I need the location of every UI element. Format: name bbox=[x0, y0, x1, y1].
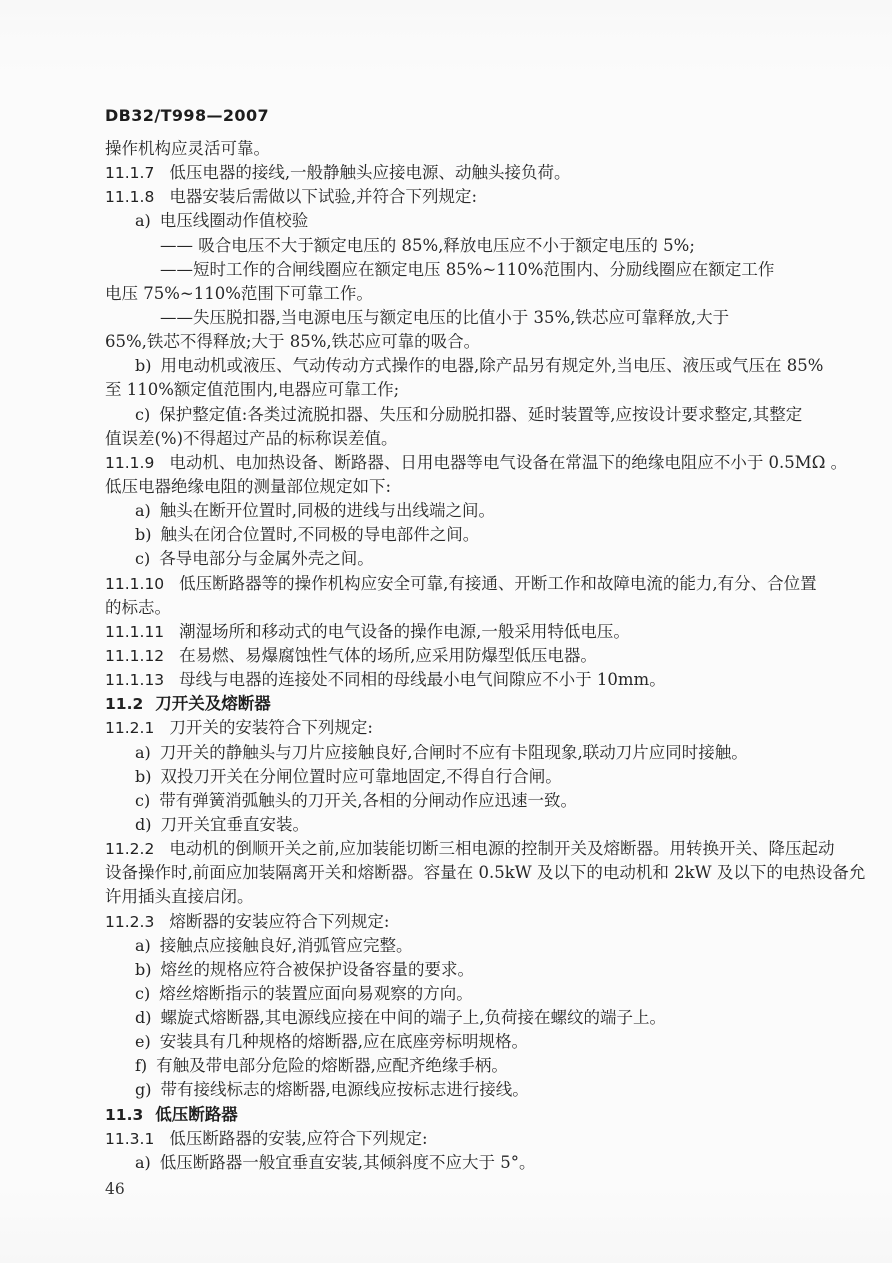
line-text: 的标志。 bbox=[105, 598, 171, 617]
text-line: a)刀开关的静触头与刀片应接触良好,合闸时不应有卡阻现象,联动刀片应同时接触。 bbox=[105, 741, 825, 765]
text-line: f)有触及带电部分危险的熔断器,应配齐绝缘手柄。 bbox=[105, 1054, 825, 1078]
line-text: 在易燃、易爆腐蚀性气体的场所,应采用防爆型低压电器。 bbox=[179, 646, 597, 665]
text-line: 65%,铁芯不得释放;大于 85%,铁芯应可靠的吸合。 bbox=[105, 330, 825, 354]
line-text: 刀开关的安装符合下列规定: bbox=[169, 718, 373, 737]
line-text: 65%,铁芯不得释放;大于 85%,铁芯应可靠的吸合。 bbox=[105, 332, 480, 351]
line-text: 电压线圈动作值校验 bbox=[160, 211, 309, 230]
line-text: 接触点应接触良好,消弧管应完整。 bbox=[160, 936, 413, 955]
line-text: 刀开关及熔断器 bbox=[155, 694, 271, 713]
line-text: 至 110%额定值范围内,电器应可靠工作; bbox=[105, 380, 399, 399]
text-line: 11.2刀开关及熔断器 bbox=[105, 692, 825, 716]
text-line: 11.3.1低压断路器的安装,应符合下列规定: bbox=[105, 1127, 825, 1151]
text-line: g)带有接线标志的熔断器,电源线应按标志进行接线。 bbox=[105, 1078, 825, 1102]
line-text: 设备操作时,前面应加装隔离开关和熔断器。容量在 0.5kW 及以下的电动机和 2… bbox=[105, 863, 865, 882]
text-line: 11.1.7低压电器的接线,一般静触头应接电源、动触头接负荷。 bbox=[105, 161, 825, 185]
text-line: 11.1.12在易燃、易爆腐蚀性气体的场所,应采用防爆型低压电器。 bbox=[105, 644, 825, 668]
line-text: 用电动机或液压、气动传动方式操作的电器,除产品另有规定外,当电压、液压或气压在 … bbox=[160, 356, 823, 375]
line-text: 电动机、电加热设备、断路器、日用电器等电气设备在常温下的绝缘电阻应不小于 0.5… bbox=[169, 453, 847, 472]
line-text: 许用插头直接启闭。 bbox=[105, 887, 254, 906]
text-line: 11.2.3熔断器的安装应符合下列规定: bbox=[105, 910, 825, 934]
clause-number: c) bbox=[135, 984, 150, 1003]
line-text: 低压电器的接线,一般静触头应接电源、动触头接负荷。 bbox=[169, 163, 570, 182]
text-line: c)保护整定值:各类过流脱扣器、失压和分励脱扣器、延时装置等,应按设计要求整定,… bbox=[105, 403, 825, 427]
line-text: —— 吸合电压不大于额定电压的 85%,释放电压应不小于额定电压的 5%; bbox=[160, 236, 695, 255]
text-line: 11.1.9电动机、电加热设备、断路器、日用电器等电气设备在常温下的绝缘电阻应不… bbox=[105, 451, 825, 475]
clause-number: 11.1.7 bbox=[105, 164, 154, 182]
clause-number: g) bbox=[135, 1080, 151, 1099]
line-text: 低压断路器一般宜垂直安装,其倾斜度不应大于 5°。 bbox=[160, 1153, 536, 1172]
clause-number: b) bbox=[135, 525, 151, 544]
line-text: 触头在闭合位置时,不同极的导电部件之间。 bbox=[160, 525, 479, 544]
line-text: 刀开关宜垂直安装。 bbox=[160, 815, 309, 834]
clause-number: c) bbox=[135, 405, 150, 424]
text-line: b)触头在闭合位置时,不同极的导电部件之间。 bbox=[105, 523, 825, 547]
text-line: c)各导电部分与金属外壳之间。 bbox=[105, 547, 825, 571]
text-line: d)螺旋式熔断器,其电源线应接在中间的端子上,负荷接在螺纹的端子上。 bbox=[105, 1006, 825, 1030]
line-text: 有触及带电部分危险的熔断器,应配齐绝缘手柄。 bbox=[156, 1056, 508, 1075]
clause-number: 11.2.1 bbox=[105, 719, 154, 737]
line-text: 低压断路器 bbox=[155, 1105, 238, 1124]
text-line: 值误差(%)不得超过产品的标称误差值。 bbox=[105, 427, 825, 451]
line-text: 安装具有几种规格的熔断器,应在底座旁标明规格。 bbox=[160, 1032, 528, 1051]
document-page: DB32/T998—2007 操作机构应灵活可靠。11.1.7低压电器的接线,一… bbox=[0, 0, 892, 1263]
clause-number: e) bbox=[135, 1032, 151, 1051]
line-text: 保护整定值:各类过流脱扣器、失压和分励脱扣器、延时装置等,应按设计要求整定,其整… bbox=[159, 405, 802, 424]
line-text: 刀开关的静触头与刀片应接触良好,合闸时不应有卡阻现象,联动刀片应同时接触。 bbox=[160, 743, 748, 762]
text-line: 11.1.13母线与电器的连接处不同相的母线最小电气间隙应不小于 10mm。 bbox=[105, 668, 825, 692]
text-line: 11.2.1刀开关的安装符合下列规定: bbox=[105, 716, 825, 740]
text-line: a)电压线圈动作值校验 bbox=[105, 209, 825, 233]
clause-number: 11.3.1 bbox=[105, 1130, 154, 1148]
line-text: 电器安装后需做以下试验,并符合下列规定: bbox=[169, 187, 477, 206]
clause-number: 11.1.11 bbox=[105, 623, 164, 641]
text-line: c)带有弹簧消弧触头的刀开关,各相的分闸动作应迅速一致。 bbox=[105, 789, 825, 813]
text-line: c)熔丝熔断指示的装置应面向易观察的方向。 bbox=[105, 982, 825, 1006]
line-text: 带有弹簧消弧触头的刀开关,各相的分闸动作应迅速一致。 bbox=[159, 791, 577, 810]
clause-number: a) bbox=[135, 936, 151, 955]
line-text: 电压 75%~110%范围下可靠工作。 bbox=[105, 284, 373, 303]
clause-number: b) bbox=[135, 960, 151, 979]
line-text: 值误差(%)不得超过产品的标称误差值。 bbox=[105, 429, 398, 448]
line-text: 熔丝的规格应符合被保护设备容量的要求。 bbox=[160, 960, 474, 979]
text-line: a)接触点应接触良好,消弧管应完整。 bbox=[105, 934, 825, 958]
page-number: 46 bbox=[105, 1180, 125, 1198]
line-text: 熔丝熔断指示的装置应面向易观察的方向。 bbox=[159, 984, 473, 1003]
line-text: 操作机构应灵活可靠。 bbox=[105, 139, 270, 158]
text-line: 11.1.10低压断路器等的操作机构应安全可靠,有接通、开断工作和故障电流的能力… bbox=[105, 572, 825, 596]
text-line: 的标志。 bbox=[105, 596, 825, 620]
document-body: 操作机构应灵活可靠。11.1.7低压电器的接线,一般静触头应接电源、动触头接负荷… bbox=[105, 137, 825, 1175]
line-text: 触头在断开位置时,同极的进线与出线端之间。 bbox=[160, 501, 495, 520]
clause-number: 11.2.3 bbox=[105, 913, 154, 931]
clause-number: c) bbox=[135, 549, 150, 568]
clause-number: 11.1.10 bbox=[105, 575, 164, 593]
line-text: 带有接线标志的熔断器,电源线应按标志进行接线。 bbox=[160, 1080, 528, 1099]
clause-number: c) bbox=[135, 791, 150, 810]
text-line: 电压 75%~110%范围下可靠工作。 bbox=[105, 282, 825, 306]
line-text: 螺旋式熔断器,其电源线应接在中间的端子上,负荷接在螺纹的端子上。 bbox=[160, 1008, 666, 1027]
clause-number: a) bbox=[135, 501, 151, 520]
text-line: —— 吸合电压不大于额定电压的 85%,释放电压应不小于额定电压的 5%; bbox=[105, 234, 825, 258]
line-text: 各导电部分与金属外壳之间。 bbox=[159, 549, 374, 568]
line-text: 低压断路器等的操作机构应安全可靠,有接通、开断工作和故障电流的能力,有分、合位置 bbox=[179, 574, 817, 593]
line-text: 熔断器的安装应符合下列规定: bbox=[169, 912, 389, 931]
text-line: 11.1.8电器安装后需做以下试验,并符合下列规定: bbox=[105, 185, 825, 209]
clause-number: b) bbox=[135, 356, 151, 375]
line-text: 母线与电器的连接处不同相的母线最小电气间隙应不小于 10mm。 bbox=[179, 670, 666, 689]
text-line: d)刀开关宜垂直安装。 bbox=[105, 813, 825, 837]
text-line: b)熔丝的规格应符合被保护设备容量的要求。 bbox=[105, 958, 825, 982]
line-text: 潮湿场所和移动式的电气设备的操作电源,一般采用特低电压。 bbox=[179, 622, 630, 641]
text-line: 操作机构应灵活可靠。 bbox=[105, 137, 825, 161]
text-line: ——短时工作的合闸线圈应在额定电压 85%~110%范围内、分励线圈应在额定工作 bbox=[105, 258, 825, 282]
standard-number-header: DB32/T998—2007 bbox=[105, 106, 269, 125]
text-line: ——失压脱扣器,当电源电压与额定电压的比值小于 35%,铁芯应可靠释放,大于 bbox=[105, 306, 825, 330]
text-line: 11.1.11潮湿场所和移动式的电气设备的操作电源,一般采用特低电压。 bbox=[105, 620, 825, 644]
text-line: e)安装具有几种规格的熔断器,应在底座旁标明规格。 bbox=[105, 1030, 825, 1054]
text-line: a)低压断路器一般宜垂直安装,其倾斜度不应大于 5°。 bbox=[105, 1151, 825, 1175]
text-line: b)用电动机或液压、气动传动方式操作的电器,除产品另有规定外,当电压、液压或气压… bbox=[105, 354, 825, 378]
text-line: 低压电器绝缘电阻的测量部位规定如下: bbox=[105, 475, 825, 499]
clause-number: a) bbox=[135, 1153, 151, 1172]
clause-number: 11.1.12 bbox=[105, 647, 164, 665]
clause-number: d) bbox=[135, 815, 151, 834]
clause-number: 11.3 bbox=[105, 1106, 143, 1124]
line-text: 电动机的倒顺开关之前,应加装能切断三相电源的控制开关及熔断器。用转换开关、降压起… bbox=[169, 839, 834, 858]
line-text: ——短时工作的合闸线圈应在额定电压 85%~110%范围内、分励线圈应在额定工作 bbox=[160, 260, 774, 279]
text-line: b)双投刀开关在分闸位置时应可靠地固定,不得自行合闸。 bbox=[105, 765, 825, 789]
clause-number: b) bbox=[135, 767, 151, 786]
text-line: 至 110%额定值范围内,电器应可靠工作; bbox=[105, 378, 825, 402]
line-text: 低压断路器的安装,应符合下列规定: bbox=[169, 1129, 427, 1148]
line-text: ——失压脱扣器,当电源电压与额定电压的比值小于 35%,铁芯应可靠释放,大于 bbox=[160, 308, 729, 327]
text-line: 许用插头直接启闭。 bbox=[105, 885, 825, 909]
text-line: 11.3低压断路器 bbox=[105, 1103, 825, 1127]
clause-number: f) bbox=[135, 1056, 147, 1075]
clause-number: 11.1.13 bbox=[105, 671, 164, 689]
text-line: 设备操作时,前面应加装隔离开关和熔断器。容量在 0.5kW 及以下的电动机和 2… bbox=[105, 861, 825, 885]
clause-number: d) bbox=[135, 1008, 151, 1027]
text-line: 11.2.2电动机的倒顺开关之前,应加装能切断三相电源的控制开关及熔断器。用转换… bbox=[105, 837, 825, 861]
clause-number: a) bbox=[135, 743, 151, 762]
text-line: a)触头在断开位置时,同极的进线与出线端之间。 bbox=[105, 499, 825, 523]
line-text: 双投刀开关在分闸位置时应可靠地固定,不得自行合闸。 bbox=[160, 767, 561, 786]
line-text: 低压电器绝缘电阻的测量部位规定如下: bbox=[105, 477, 391, 496]
clause-number: 11.1.9 bbox=[105, 454, 154, 472]
clause-number: a) bbox=[135, 211, 151, 230]
clause-number: 11.2 bbox=[105, 695, 143, 713]
clause-number: 11.1.8 bbox=[105, 188, 154, 206]
clause-number: 11.2.2 bbox=[105, 840, 154, 858]
